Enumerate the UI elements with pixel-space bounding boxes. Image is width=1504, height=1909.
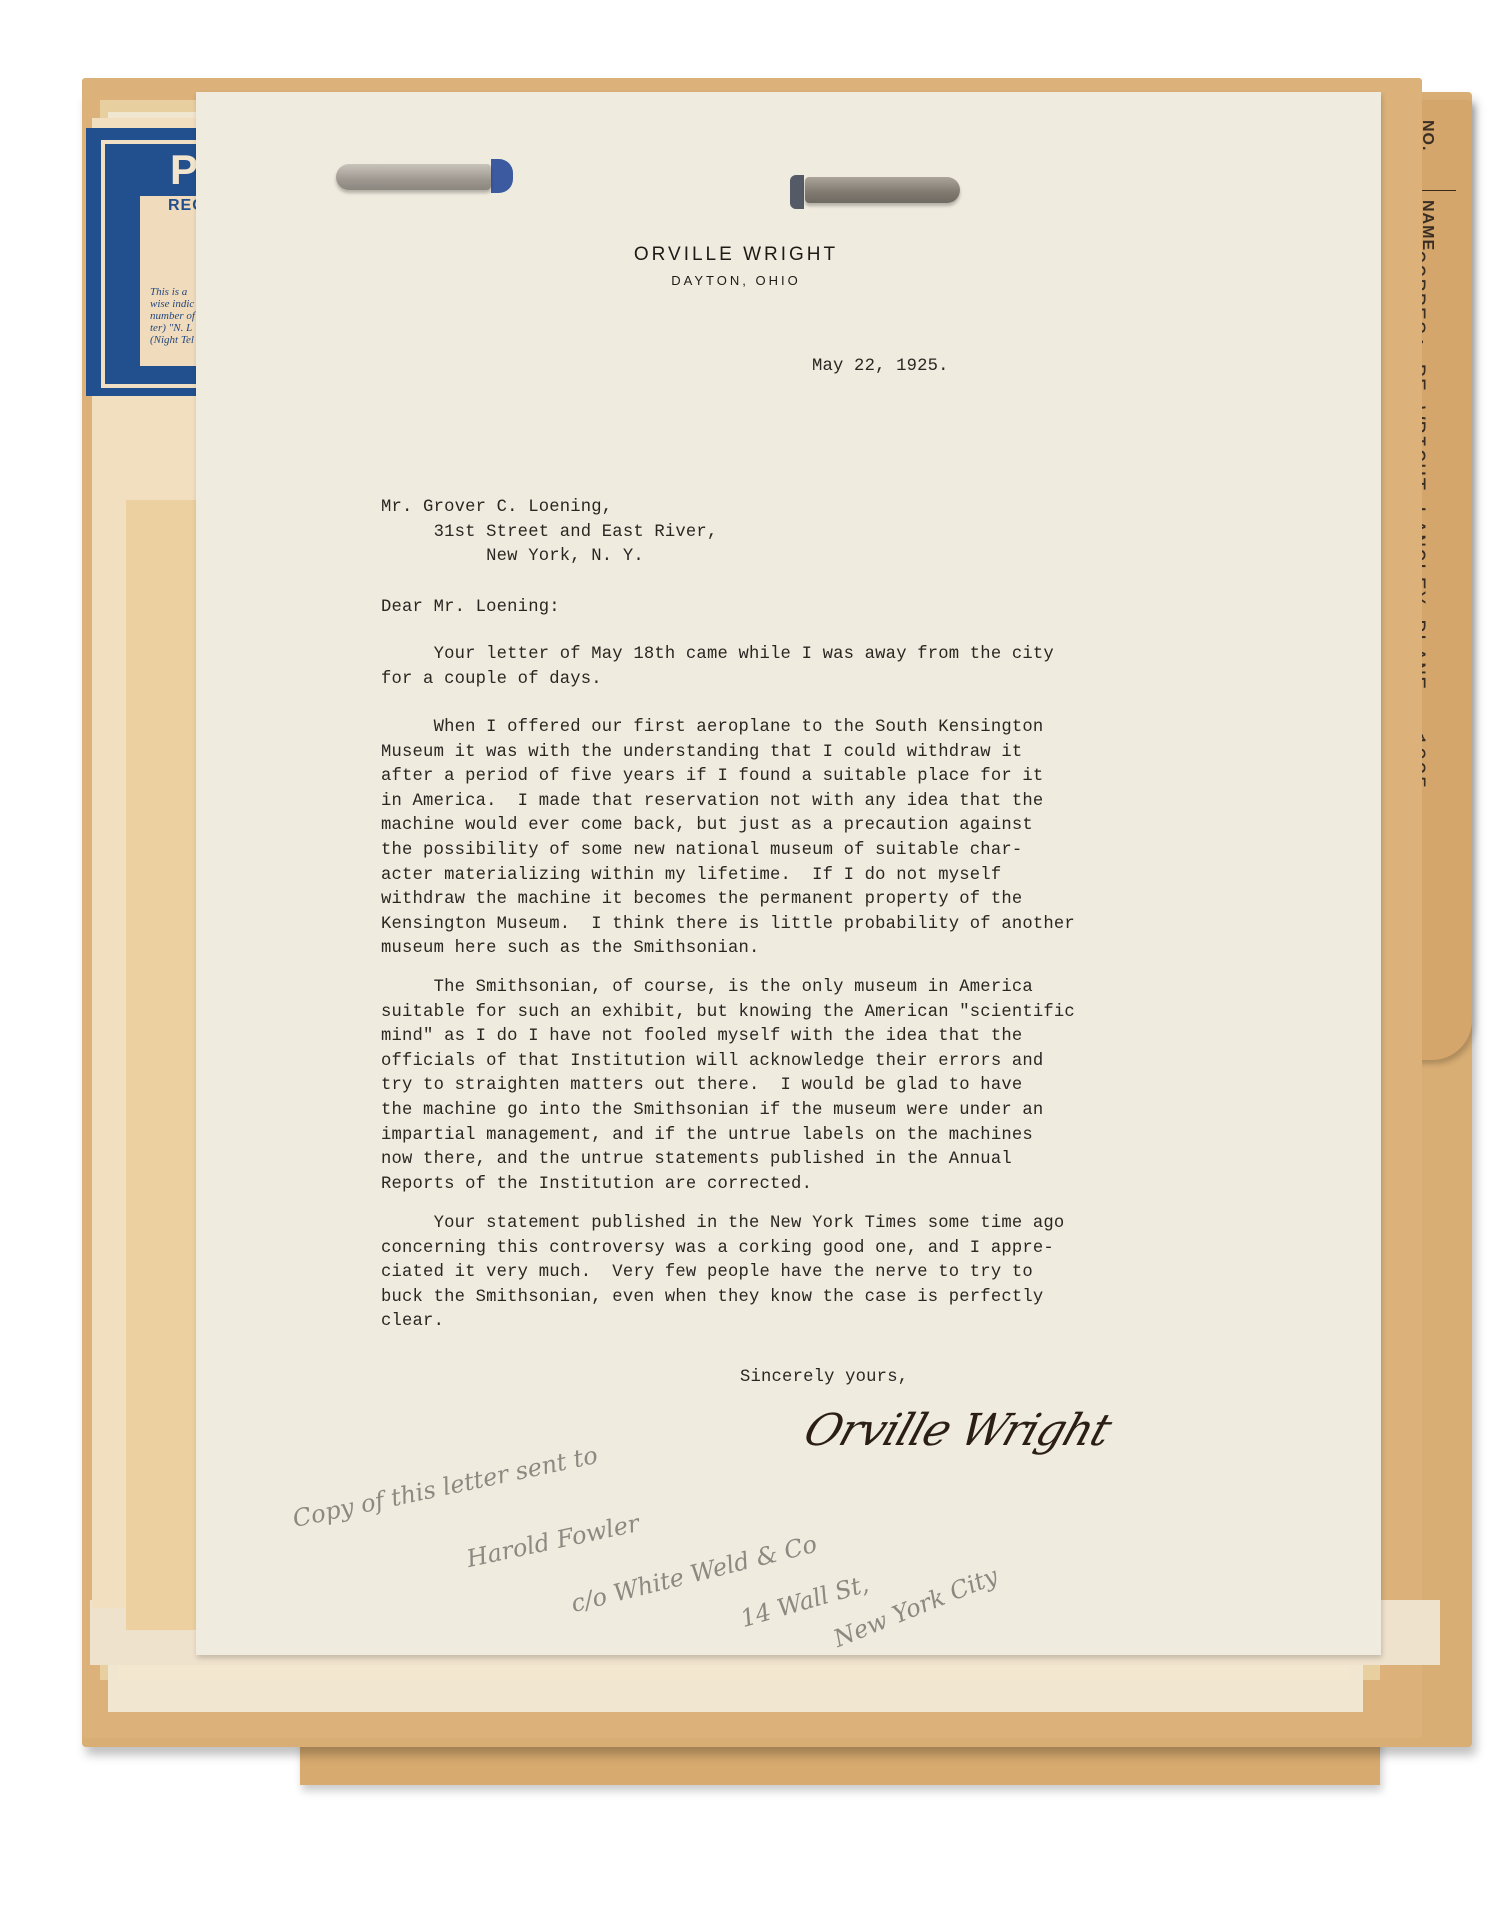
letterhead-city: DAYTON, OHIO: [596, 273, 876, 288]
fastener-hole: [491, 159, 513, 193]
letter-paragraph-1: Your letter of May 18th came while I was…: [381, 643, 1054, 692]
closing: Sincerely yours,: [740, 1366, 908, 1391]
signature: Orville Wright: [798, 1405, 1117, 1456]
fastener-hole: [790, 175, 804, 209]
letter-paragraph-4: Your statement published in the New York…: [381, 1212, 1064, 1335]
letter-date: May 22, 1925.: [812, 355, 949, 380]
fastener-clip-right: [805, 177, 960, 203]
letterhead-name: ORVILLE WRIGHT: [596, 244, 876, 266]
salutation: Dear Mr. Loening:: [381, 596, 560, 621]
letter-paragraph-3: The Smithsonian, of course, is the only …: [381, 976, 1075, 1197]
fastener-clip-left: [336, 164, 491, 190]
recipient-address: Mr. Grover C. Loening, 31st Street and E…: [381, 496, 717, 570]
letter-paragraph-2: When I offered our first aeroplane to th…: [381, 716, 1075, 962]
